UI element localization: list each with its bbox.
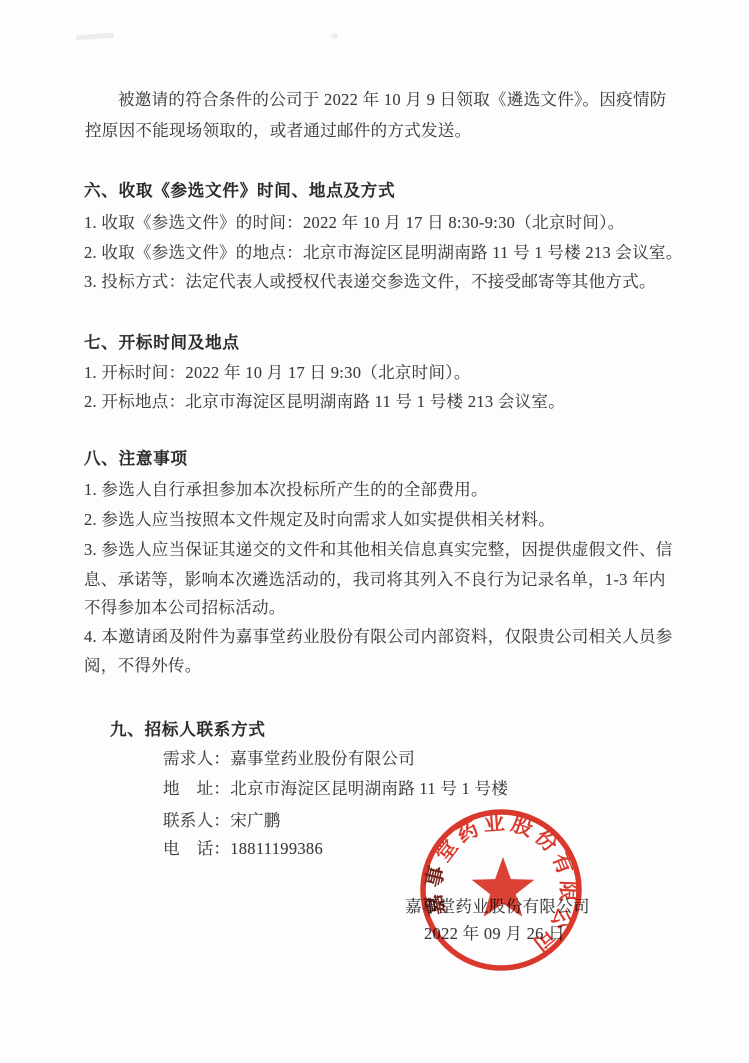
scan-artifact <box>331 33 338 39</box>
section-7-item-1: 1. 开标时间：2022 年 10 月 17 日 9:30（北京时间）。 <box>84 363 471 382</box>
contact-address: 地 址：北京市海淀区昆明湖南路 11 号 1 号楼 <box>163 779 508 798</box>
section-8-item-2: 2. 参选人应当按照本文件规定及时向需求人如实提供相关材料。 <box>84 510 555 529</box>
section-6-item-3: 3. 投标方式：法定代表人或授权代表递交参选文件，不接受邮寄等其他方式。 <box>84 272 656 291</box>
seal-star-icon <box>472 857 535 917</box>
contact-phone: 电 话：18811199386 <box>163 839 323 858</box>
section-8-item-3-line-3: 不得参加本公司招标活动。 <box>84 598 286 617</box>
intro-line-2: 控原因不能现场领取的，或者通过邮件的方式发送。 <box>85 121 471 140</box>
document-page: 被邀请的符合条件的公司于 2022 年 10 月 9 日领取《遴选文件》。因疫情… <box>0 0 749 1063</box>
section-8-item-4-line-1: 4. 本邀请函及附件为嘉事堂药业股份有限公司内部资料，仅限贵公司相关人员参 <box>84 627 673 646</box>
section-8-item-3-line-2: 息、承诺等，影响本次遴选活动的，我司将其列入不良行为记录名单，1-3 年内 <box>84 570 666 589</box>
section-9-heading: 九、招标人联系方式 <box>110 721 266 740</box>
contact-demander: 需求人：嘉事堂药业股份有限公司 <box>163 749 415 768</box>
intro-line-1: 被邀请的符合条件的公司于 2022 年 10 月 9 日领取《遴选文件》。因疫情… <box>118 90 667 109</box>
section-8-heading: 八、注意事项 <box>84 450 188 469</box>
section-6-item-2: 2. 收取《参选文件》的地点：北京市海淀区昆明湖南路 11 号 1 号楼 213… <box>84 243 683 262</box>
section-6-heading: 六、收取《参选文件》时间、地点及方式 <box>84 182 395 201</box>
section-6-item-1: 1. 收取《参选文件》的时间：2022 年 10 月 17 日 8:30-9:3… <box>84 213 625 232</box>
contact-person: 联系人：宋广鹏 <box>163 811 281 830</box>
section-7-heading: 七、开标时间及地点 <box>84 334 240 353</box>
section-8-item-4-line-2: 阅，不得外传。 <box>84 656 202 675</box>
scan-artifact <box>76 33 114 41</box>
section-7-item-2: 2. 开标地点：北京市海淀区昆明湖南路 11 号 1 号楼 213 会议室。 <box>84 392 565 411</box>
section-8-item-1: 1. 参选人自行承担参加本次投标所产生的的全部费用。 <box>84 480 488 499</box>
section-8-item-3-line-1: 3. 参选人应当保证其递交的文件和其他相关信息真实完整，因提供虚假文件、信 <box>84 540 673 559</box>
company-seal: 嘉事堂药业股份有限公司 嘉事 <box>415 806 591 982</box>
